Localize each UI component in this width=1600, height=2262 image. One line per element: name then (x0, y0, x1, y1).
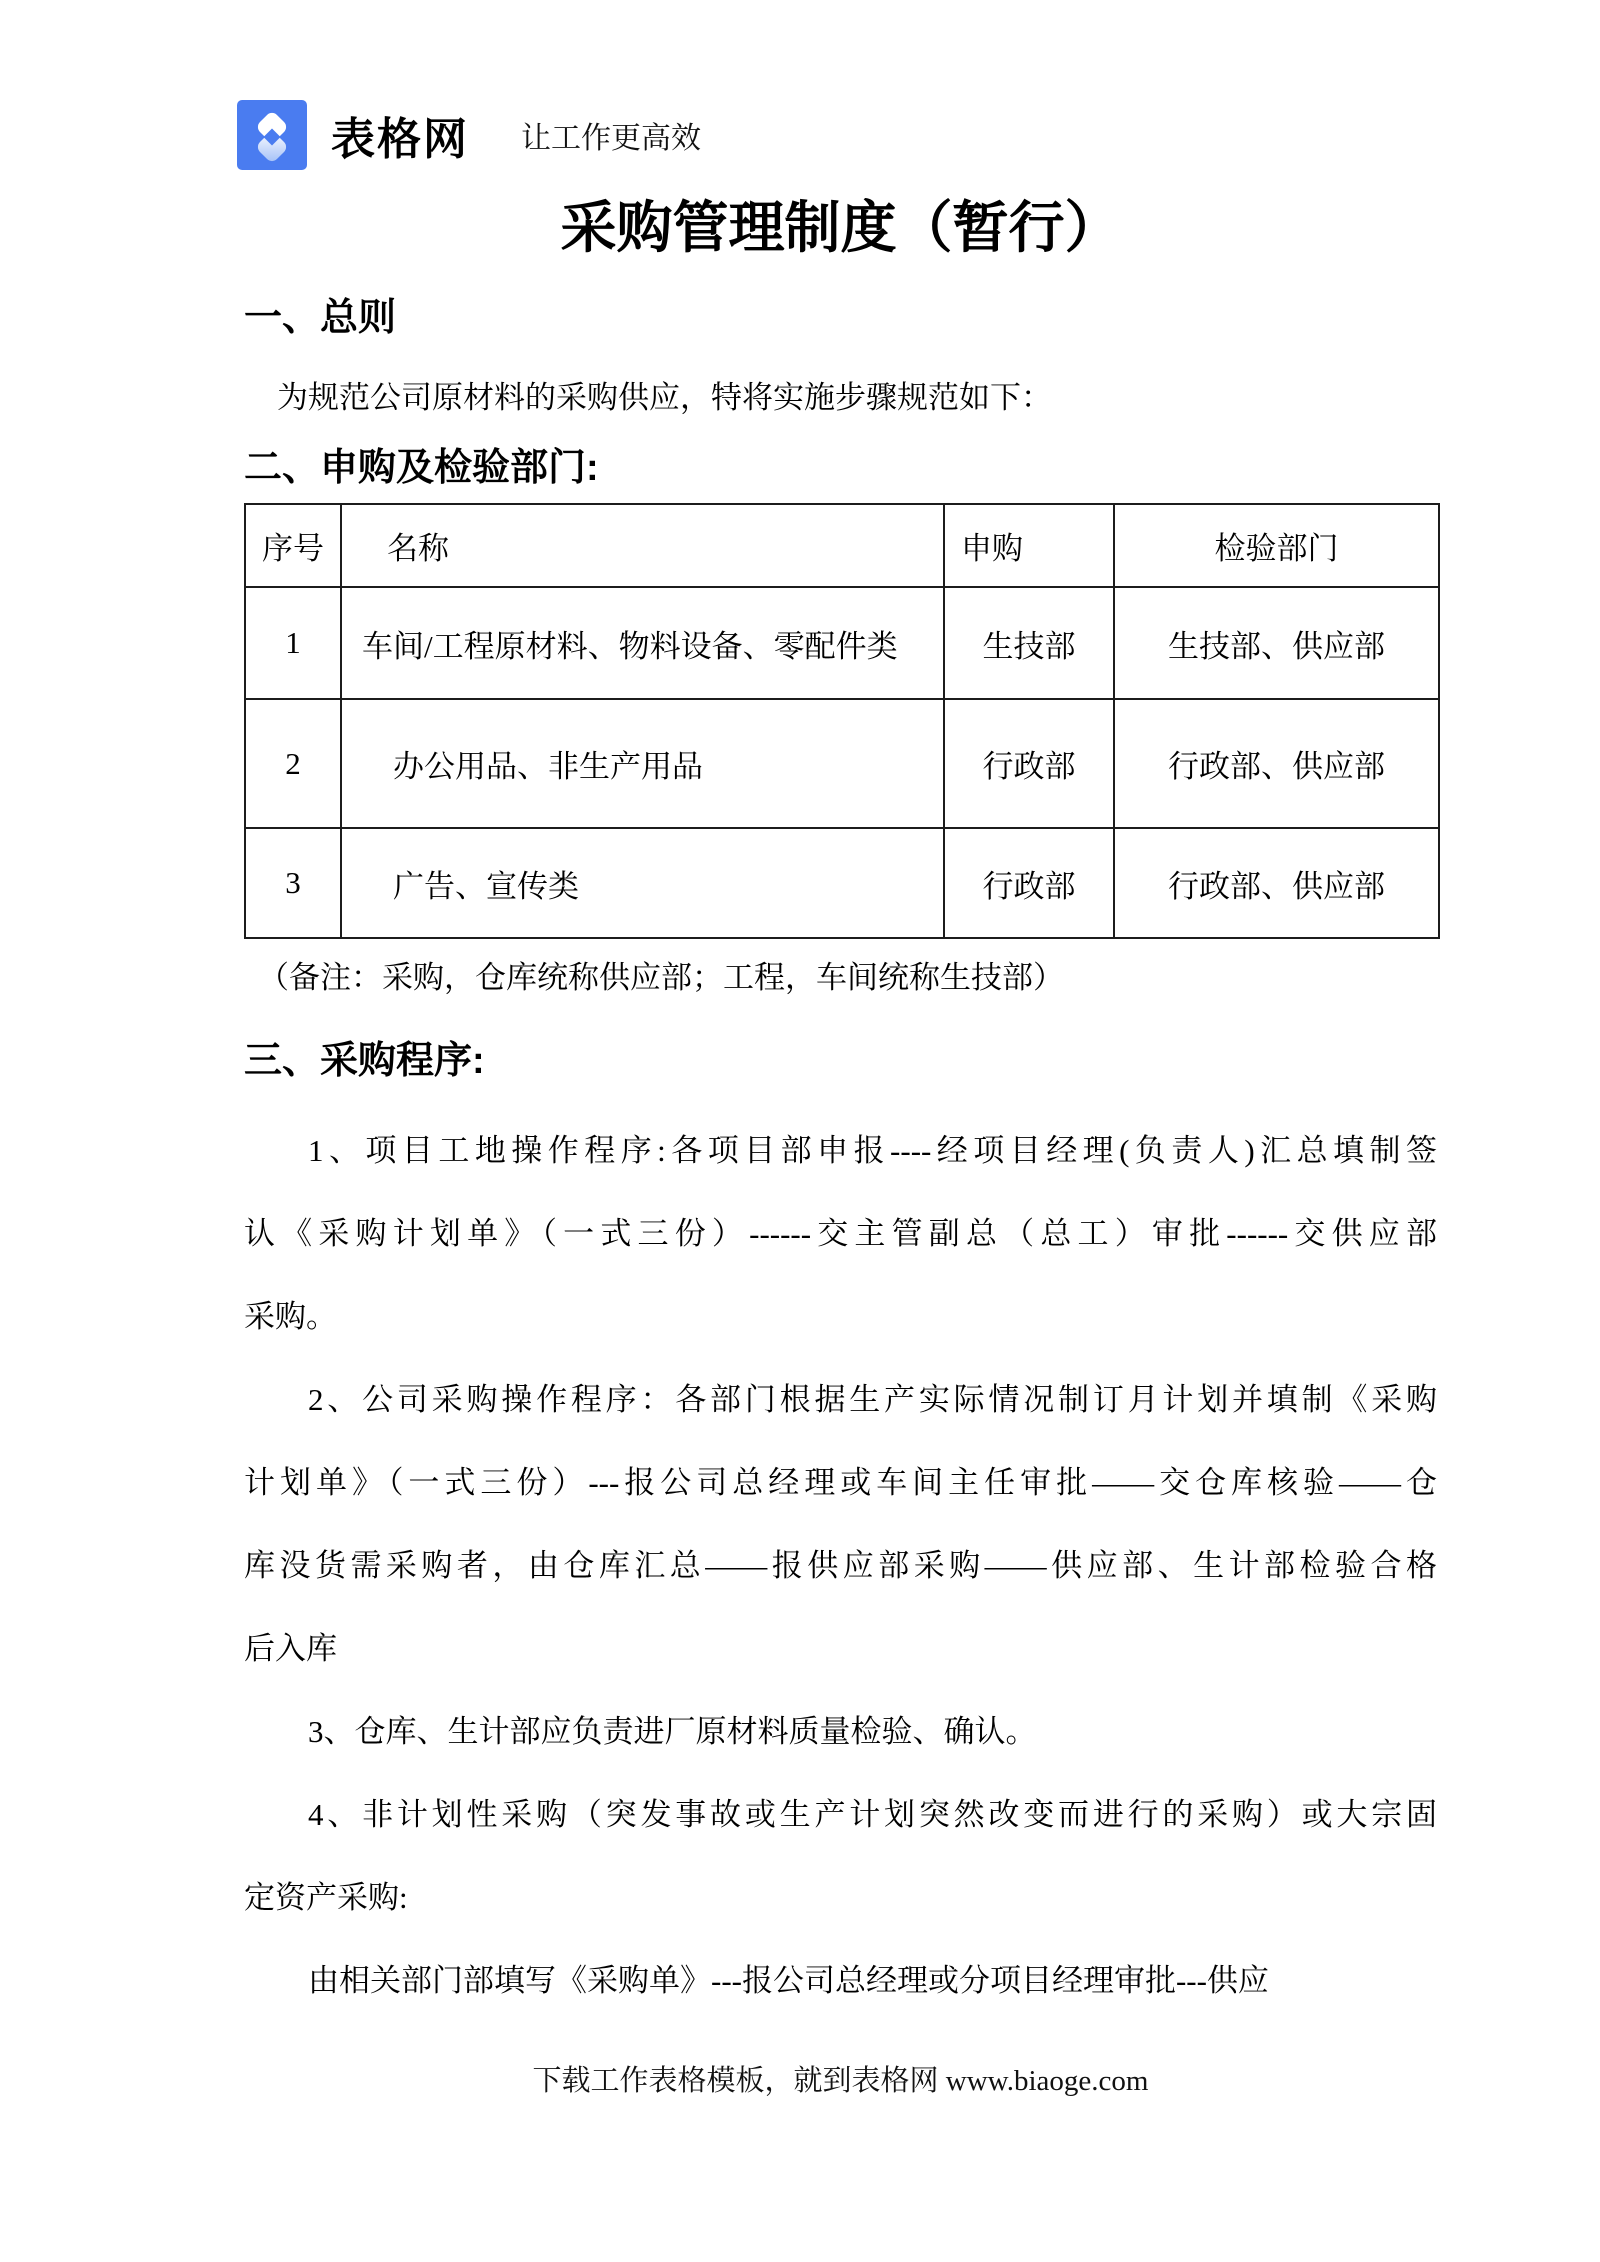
procedure-line: 3、仓库、生计部应负责进厂原材料质量检验、确认。 (244, 1690, 1437, 1773)
table-cell-index: 2 (245, 699, 341, 828)
table-row: 3 广告、宣传类 行政部 行政部、供应部 (245, 828, 1439, 938)
table-note: （备注：采购，仓库统称供应部；工程，车间统称生技部） (244, 956, 1437, 1000)
page-footer: 下载工作表格模板，就到表格网 www.biaoge.com (244, 2058, 1437, 2099)
biaoge-logo-icon (237, 100, 307, 170)
table-cell-inspection: 生技部、供应部 (1114, 587, 1439, 699)
table-header-row: 序号 名称 申购 检验部门 (245, 504, 1439, 587)
procedure-line: 4、非计划性采购（突发事故或生产计划突然改变而进行的采购）或大宗固 (244, 1773, 1437, 1856)
table-cell-index: 3 (245, 828, 341, 938)
table-header-inspection: 检验部门 (1114, 504, 1439, 587)
table-cell-request: 行政部 (944, 699, 1114, 828)
table-row: 2 办公用品、非生产用品 行政部 行政部、供应部 (245, 699, 1439, 828)
procedure-line: 定资产采购: (244, 1856, 1437, 1939)
table-cell-name: 车间/工程原材料、物料设备、零配件类 (341, 587, 944, 699)
document-page: 表格网 让工作更高效 采购管理制度（暂行） 一、总则 为规范公司原材料的采购供应… (0, 0, 1600, 2262)
section-heading-general: 一、总则 (244, 296, 396, 340)
procedure-line: 计划单》（一式三份）---报公司总经理或车间主任审批——交仓库核验——仓 (244, 1441, 1437, 1524)
table-cell-inspection: 行政部、供应部 (1114, 699, 1439, 828)
procedure-line: 库没货需采购者，由仓库汇总——报供应部采购——供应部、生计部检验合格 (244, 1524, 1437, 1607)
table-cell-name: 办公用品、非生产用品 (341, 699, 944, 828)
procedure-line: 后入库 (244, 1607, 1437, 1690)
table-cell-inspection: 行政部、供应部 (1114, 828, 1439, 938)
brand-tagline: 让工作更高效 (521, 113, 701, 157)
brand-header: 表格网 让工作更高效 (237, 100, 701, 170)
table-header-name: 名称 (341, 504, 944, 587)
procedures-text: 1、项目工地操作程序:各项目部申报----经项目经理(负责人)汇总填制签 认《采… (244, 1109, 1437, 2022)
intro-paragraph: 为规范公司原材料的采购供应，特将实施步骤规范如下： (244, 376, 1437, 420)
table-cell-name: 广告、宣传类 (341, 828, 944, 938)
purchase-table: 序号 名称 申购 检验部门 1 车间/工程原材料、物料设备、零配件类 生技部 生… (244, 503, 1440, 939)
page-title: 采购管理制度（暂行） (244, 196, 1437, 263)
table-header-request: 申购 (944, 504, 1114, 587)
procedure-line: 采购。 (244, 1275, 1437, 1358)
table-cell-request: 行政部 (944, 828, 1114, 938)
section-heading-departments: 二、申购及检验部门: (244, 446, 599, 490)
brand-name: 表格网 (331, 103, 469, 167)
table-row: 1 车间/工程原材料、物料设备、零配件类 生技部 生技部、供应部 (245, 587, 1439, 699)
procedure-line: 由相关部门部填写《采购单》---报公司总经理或分项目经理审批---供应 (244, 1939, 1437, 2022)
procedure-line: 1、项目工地操作程序:各项目部申报----经项目经理(负责人)汇总填制签 (244, 1109, 1437, 1192)
table-cell-index: 1 (245, 587, 341, 699)
procedure-line: 认《采购计划单》（一式三份）------交主管副总（总工）审批------交供应… (244, 1192, 1437, 1275)
section-heading-procedures: 三、采购程序: (244, 1039, 485, 1083)
procedure-line: 2、公司采购操作程序：各部门根据生产实际情况制订月计划并填制《采购 (244, 1358, 1437, 1441)
table-header-index: 序号 (245, 504, 341, 587)
table-cell-request: 生技部 (944, 587, 1114, 699)
